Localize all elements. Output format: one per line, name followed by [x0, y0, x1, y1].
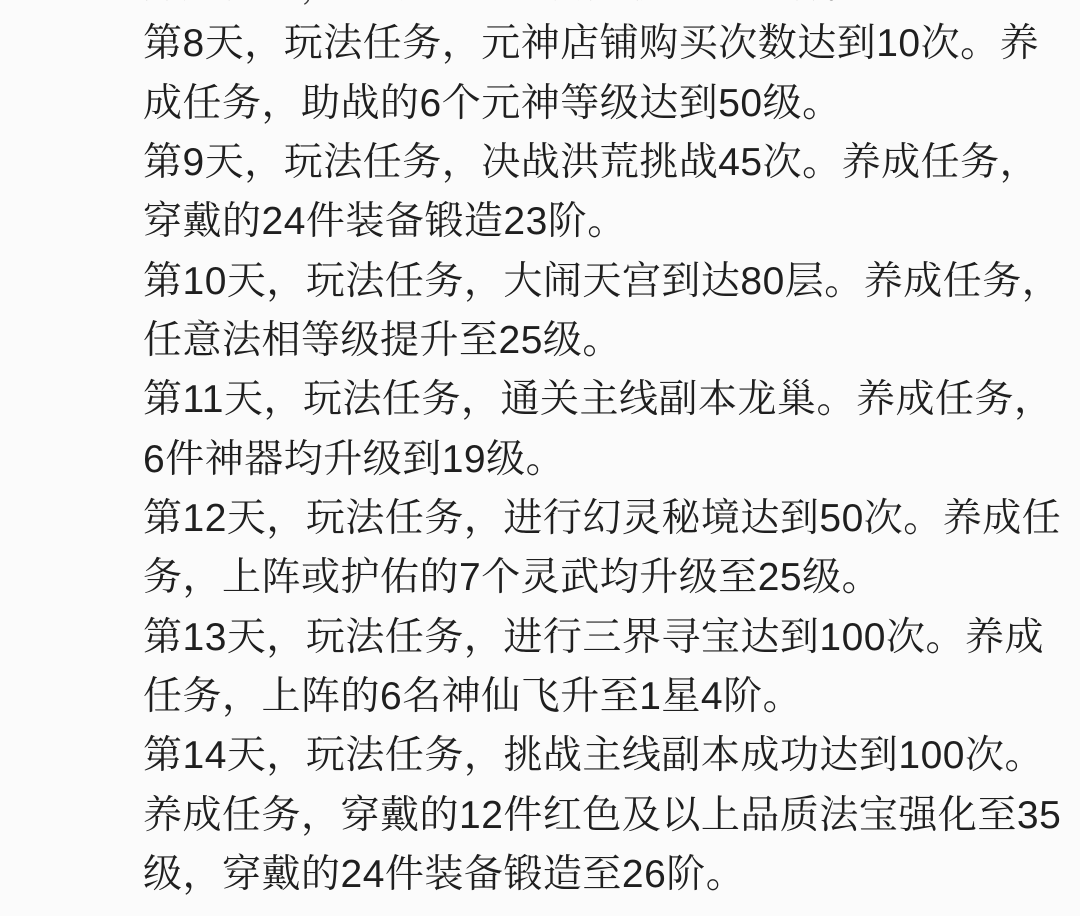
text-line-day8-2: 成任务，助战的6个元神等级达到50级。: [143, 74, 1080, 133]
text-line-day12-2: 务，上阵或护佑的7个灵武均升级至25级。: [143, 548, 1080, 607]
text-line-day8-1: 第8天，玩法任务，元神店铺购买次数达到10次。养: [143, 14, 1080, 73]
text-line-day14-2: 养成任务，穿戴的12件红色及以上品质法宝强化至35: [143, 786, 1080, 845]
text-line-day13-2: 任务，上阵的6名神仙飞升至1星4阶。: [143, 667, 1080, 726]
text-line-day11-2: 6件神器均升级到19级。: [143, 430, 1080, 489]
text-line-day14-1: 第14天，玩法任务，挑战主线副本成功达到100次。: [143, 726, 1080, 785]
text-line-day9-1: 第9天，玩法任务，决战洪荒挑战45次。养成任务，: [143, 133, 1080, 192]
text-line-day10-1: 第10天，玩法任务，大闹天宫到达80层。养成任务，: [143, 252, 1080, 311]
text-line-day10-2: 任意法相等级提升至25级。: [143, 311, 1080, 370]
text-line-day12-1: 第12天，玩法任务，进行幻灵秘境达到50次。养成任: [143, 489, 1080, 548]
text-line-day13-1: 第13天，玩法任务，进行三界寻宝达到100次。养成: [143, 608, 1080, 667]
clipped-line-top: 养成任务，穿戴的24件装备锻造至21阶。: [143, 0, 1080, 14]
text-line-day9-2: 穿戴的24件装备锻造23阶。: [143, 192, 1080, 251]
document-page: 养成任务，穿戴的24件装备锻造至21阶。 第8天，玩法任务，元神店铺购买次数达到…: [0, 0, 1080, 916]
text-line-day14-3: 级，穿戴的24件装备锻造至26阶。: [143, 845, 1080, 904]
text-line-day11-1: 第11天，玩法任务，通关主线副本龙巢。养成任务，: [143, 370, 1080, 429]
task-list-text-block: 养成任务，穿戴的24件装备锻造至21阶。 第8天，玩法任务，元神店铺购买次数达到…: [143, 0, 1080, 905]
